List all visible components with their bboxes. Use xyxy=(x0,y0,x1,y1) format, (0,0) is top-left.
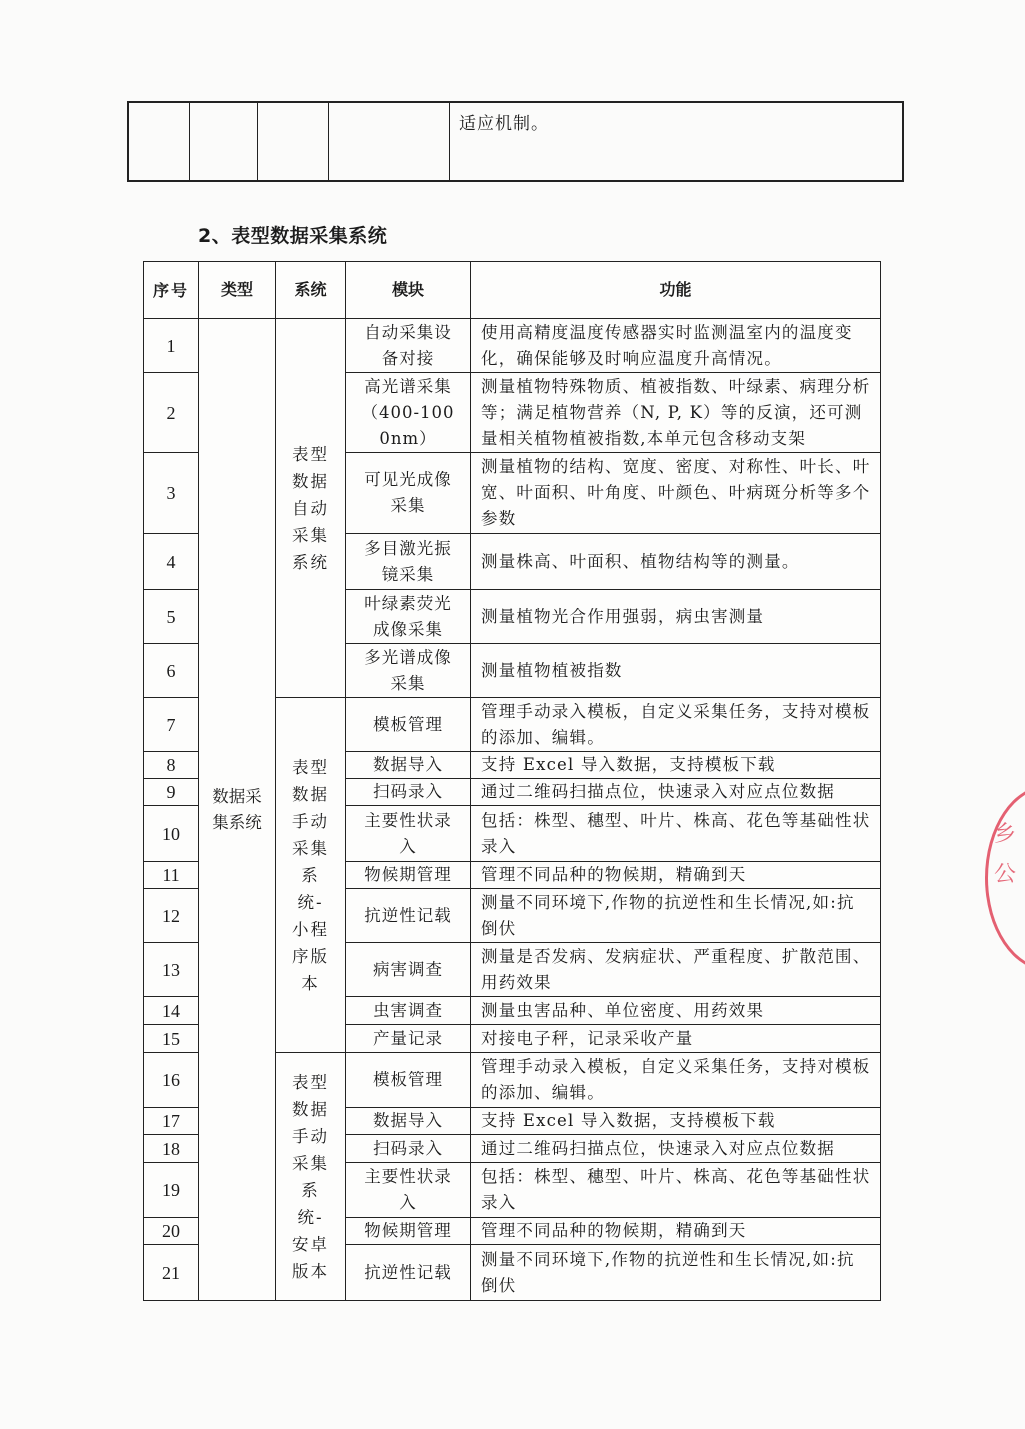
row-function-text: 管理手动录入模板，自定义采集任务，支持对模板的添加、编辑。 xyxy=(481,1054,872,1106)
row-module-text: 物候期管理 xyxy=(356,862,460,888)
row-module: 多目激光振镜采集 xyxy=(345,533,471,590)
row-index: 15 xyxy=(143,1024,199,1053)
row-function-text: 测量植物特殊物质、植被指数、叶绿素、病理分析等；满足植物营养（N, P, K）等… xyxy=(481,374,872,452)
row-module-text: 模板管理 xyxy=(356,1067,460,1093)
row-module-text: 主要性状录入 xyxy=(356,808,460,860)
row-index: 7 xyxy=(143,697,199,752)
row-index-text: 19 xyxy=(162,1177,180,1203)
row-function-text: 支持 Excel 导入数据，支持模板下载 xyxy=(481,1108,872,1134)
row-index: 17 xyxy=(143,1107,199,1135)
system-group-android-text: 表型数据手动采集系统-安卓版本 xyxy=(291,1069,331,1285)
row-function: 使用高精度温度传感器实时监测温室内的温度变化，确保能够及时响应温度升高情况。 xyxy=(470,318,881,373)
row-module-text: 数据导入 xyxy=(356,1108,460,1134)
row-module: 病害调查 xyxy=(345,942,471,997)
row-function-text: 测量植物光合作用强弱，病虫害测量 xyxy=(481,604,872,630)
row-index: 20 xyxy=(143,1217,199,1245)
row-function-text: 管理手动录入模板，自定义采集任务，支持对模板的添加、编辑。 xyxy=(481,699,872,751)
row-function-text: 包括：株型、穗型、叶片、株高、花色等基础性状录入 xyxy=(481,1164,872,1216)
system-group-android: 表型数据手动采集系统-安卓版本 xyxy=(275,1052,346,1301)
row-index-text: 17 xyxy=(162,1108,180,1134)
header-system-text: 系统 xyxy=(294,277,326,303)
row-index: 21 xyxy=(143,1244,199,1301)
row-index: 6 xyxy=(143,643,199,698)
row-module: 模板管理 xyxy=(345,697,471,752)
row-index-text: 5 xyxy=(167,604,176,630)
row-index: 12 xyxy=(143,888,199,943)
row-module-text: 叶绿素荧光成像采集 xyxy=(356,591,460,643)
seal-text: 乡 公 xyxy=(994,815,1024,895)
row-function: 测量不同环境下,作物的抗逆性和生长情况,如:抗倒伏 xyxy=(470,888,881,943)
header-module: 模块 xyxy=(345,261,471,319)
row-module: 物候期管理 xyxy=(345,861,471,889)
row-module-text: 虫害调查 xyxy=(356,998,460,1024)
row-index-text: 15 xyxy=(162,1026,180,1052)
row-function: 包括：株型、穗型、叶片、株高、花色等基础性状录入 xyxy=(470,805,881,862)
header-index: 序号 xyxy=(143,261,199,319)
row-function-text: 对接电子秤，记录采收产量 xyxy=(481,1026,872,1052)
row-function: 支持 Excel 导入数据，支持模板下载 xyxy=(470,751,881,779)
row-index-text: 13 xyxy=(162,957,180,983)
row-module: 可见光成像采集 xyxy=(345,452,471,534)
row-index: 2 xyxy=(143,372,199,453)
row-index: 10 xyxy=(143,805,199,862)
row-module: 抗逆性记载 xyxy=(345,888,471,943)
row-function-text: 支持 Excel 导入数据，支持模板下载 xyxy=(481,752,872,778)
row-module: 抗逆性记载 xyxy=(345,1244,471,1301)
row-index-text: 7 xyxy=(167,712,176,738)
row-function-text: 测量是否发病、发病症状、严重程度、扩散范围、用药效果 xyxy=(481,944,872,996)
row-module: 扫码录入 xyxy=(345,1134,471,1163)
row-function: 支持 Excel 导入数据，支持模板下载 xyxy=(470,1107,881,1135)
row-module-text: 扫码录入 xyxy=(356,1136,460,1162)
row-function-text: 测量株高、叶面积、植物结构等的测量。 xyxy=(481,549,872,575)
row-index: 19 xyxy=(143,1162,199,1218)
row-module: 产量记录 xyxy=(345,1024,471,1053)
row-function: 测量虫害品种、单位密度、用药效果 xyxy=(470,996,881,1025)
row-index-text: 18 xyxy=(162,1136,180,1162)
header-type: 类型 xyxy=(198,261,276,319)
row-module: 数据导入 xyxy=(345,751,471,779)
row-function-text: 测量虫害品种、单位密度、用药效果 xyxy=(481,998,872,1024)
header-system: 系统 xyxy=(275,261,346,319)
row-index-text: 2 xyxy=(167,400,176,426)
row-function: 管理手动录入模板，自定义采集任务，支持对模板的添加、编辑。 xyxy=(470,1052,881,1108)
row-module: 高光谱采集（400-1000nm） xyxy=(345,372,471,453)
header-function: 功能 xyxy=(470,261,881,319)
header-function-text: 功能 xyxy=(659,277,691,303)
header-type-text: 类型 xyxy=(221,277,253,303)
row-function: 测量植物植被指数 xyxy=(470,643,881,698)
row-function-text: 测量不同环境下,作物的抗逆性和生长情况,如:抗倒伏 xyxy=(481,1247,872,1299)
row-index-text: 9 xyxy=(167,779,176,805)
row-module: 数据导入 xyxy=(345,1107,471,1135)
row-module: 自动采集设备对接 xyxy=(345,318,471,373)
row-function-text: 管理不同品种的物候期，精确到天 xyxy=(481,1218,872,1244)
row-index-text: 10 xyxy=(162,821,180,847)
type-group-cell-text: 数据采集系统 xyxy=(208,784,266,836)
row-index: 1 xyxy=(143,318,199,373)
system-group-miniprogram-text: 表型数据手动采集系统-小程序版本 xyxy=(291,754,331,997)
row-function-text: 测量不同环境下,作物的抗逆性和生长情况,如:抗倒伏 xyxy=(481,890,872,942)
row-module-text: 可见光成像采集 xyxy=(356,467,460,519)
row-function: 测量植物光合作用强弱，病虫害测量 xyxy=(470,589,881,644)
row-function: 测量植物的结构、宽度、密度、对称性、叶长、叶宽、叶面积、叶角度、叶颜色、叶病斑分… xyxy=(470,452,881,534)
header-module-text: 模块 xyxy=(392,277,424,303)
header-index-text: 序号 xyxy=(151,277,191,304)
row-function-text: 包括：株型、穗型、叶片、株高、花色等基础性状录入 xyxy=(481,808,872,860)
row-module-text: 抗逆性记载 xyxy=(356,903,460,929)
row-function: 管理手动录入模板，自定义采集任务，支持对模板的添加、编辑。 xyxy=(470,697,881,752)
row-function-text: 管理不同品种的物候期，精确到天 xyxy=(481,862,872,888)
row-index: 14 xyxy=(143,996,199,1025)
row-index-text: 21 xyxy=(162,1260,180,1286)
row-module-text: 主要性状录入 xyxy=(356,1164,460,1216)
row-index: 11 xyxy=(143,861,199,889)
row-index-text: 12 xyxy=(162,903,180,929)
row-function: 对接电子秤，记录采收产量 xyxy=(470,1024,881,1053)
row-module-text: 模板管理 xyxy=(356,712,460,738)
row-module: 主要性状录入 xyxy=(345,1162,471,1218)
row-module: 物候期管理 xyxy=(345,1217,471,1245)
row-index-text: 20 xyxy=(162,1218,180,1244)
row-module: 叶绿素荧光成像采集 xyxy=(345,589,471,644)
row-module-text: 扫码录入 xyxy=(356,779,460,805)
row-module: 扫码录入 xyxy=(345,778,471,806)
system-group-auto-text: 表型数据自动采集系统 xyxy=(291,441,331,576)
row-index: 5 xyxy=(143,589,199,644)
row-function-text: 通过二维码扫描点位，快速录入对应点位数据 xyxy=(481,779,872,805)
row-index-text: 14 xyxy=(162,998,180,1024)
system-group-auto: 表型数据自动采集系统 xyxy=(275,318,346,698)
row-module: 多光谱成像采集 xyxy=(345,643,471,698)
row-index-text: 8 xyxy=(167,752,176,778)
row-function: 通过二维码扫描点位，快速录入对应点位数据 xyxy=(470,1134,881,1163)
row-module-text: 数据导入 xyxy=(356,752,460,778)
row-index-text: 3 xyxy=(167,480,176,506)
row-index-text: 1 xyxy=(167,333,176,359)
row-module-text: 产量记录 xyxy=(356,1026,460,1052)
row-module: 模板管理 xyxy=(345,1052,471,1108)
row-index-text: 6 xyxy=(167,658,176,684)
row-function: 管理不同品种的物候期，精确到天 xyxy=(470,861,881,889)
row-function-text: 测量植物植被指数 xyxy=(481,658,872,684)
system-group-miniprogram: 表型数据手动采集系统-小程序版本 xyxy=(275,697,346,1053)
row-function: 管理不同品种的物候期，精确到天 xyxy=(470,1217,881,1245)
row-index: 8 xyxy=(143,751,199,779)
row-function-text: 测量植物的结构、宽度、密度、对称性、叶长、叶宽、叶面积、叶角度、叶颜色、叶病斑分… xyxy=(481,454,872,532)
row-index-text: 4 xyxy=(167,549,176,575)
row-function: 测量株高、叶面积、植物结构等的测量。 xyxy=(470,533,881,590)
row-module-text: 自动采集设备对接 xyxy=(356,320,460,372)
row-index: 18 xyxy=(143,1134,199,1163)
row-module: 虫害调查 xyxy=(345,996,471,1025)
row-function-text: 使用高精度温度传感器实时监测温室内的温度变化，确保能够及时响应温度升高情况。 xyxy=(481,320,872,372)
row-function-text: 通过二维码扫描点位，快速录入对应点位数据 xyxy=(481,1136,872,1162)
row-index-text: 11 xyxy=(162,862,179,888)
row-index: 3 xyxy=(143,452,199,534)
row-module-text: 物候期管理 xyxy=(356,1218,460,1244)
row-module-text: 多光谱成像采集 xyxy=(356,645,460,697)
row-function: 包括：株型、穗型、叶片、株高、花色等基础性状录入 xyxy=(470,1162,881,1218)
row-module-text: 高光谱采集（400-1000nm） xyxy=(356,374,460,452)
row-module-text: 多目激光振镜采集 xyxy=(356,536,460,588)
type-group-cell: 数据采集系统 xyxy=(198,318,276,1301)
row-index: 16 xyxy=(143,1052,199,1108)
row-module: 主要性状录入 xyxy=(345,805,471,862)
row-function: 测量不同环境下,作物的抗逆性和生长情况,如:抗倒伏 xyxy=(470,1244,881,1301)
row-index: 13 xyxy=(143,942,199,997)
row-module-text: 病害调查 xyxy=(356,957,460,983)
row-index: 4 xyxy=(143,533,199,590)
row-index-text: 16 xyxy=(162,1067,180,1093)
row-index: 9 xyxy=(143,778,199,806)
row-function: 测量是否发病、发病症状、严重程度、扩散范围、用药效果 xyxy=(470,942,881,997)
phenotype-data-table: 序号类型系统模块功能数据采集系统表型数据自动采集系统表型数据手动采集系统-小程序… xyxy=(0,0,1025,1429)
row-function: 通过二维码扫描点位，快速录入对应点位数据 xyxy=(470,778,881,806)
row-module-text: 抗逆性记载 xyxy=(356,1260,460,1286)
row-function: 测量植物特殊物质、植被指数、叶绿素、病理分析等；满足植物营养（N, P, K）等… xyxy=(470,372,881,453)
